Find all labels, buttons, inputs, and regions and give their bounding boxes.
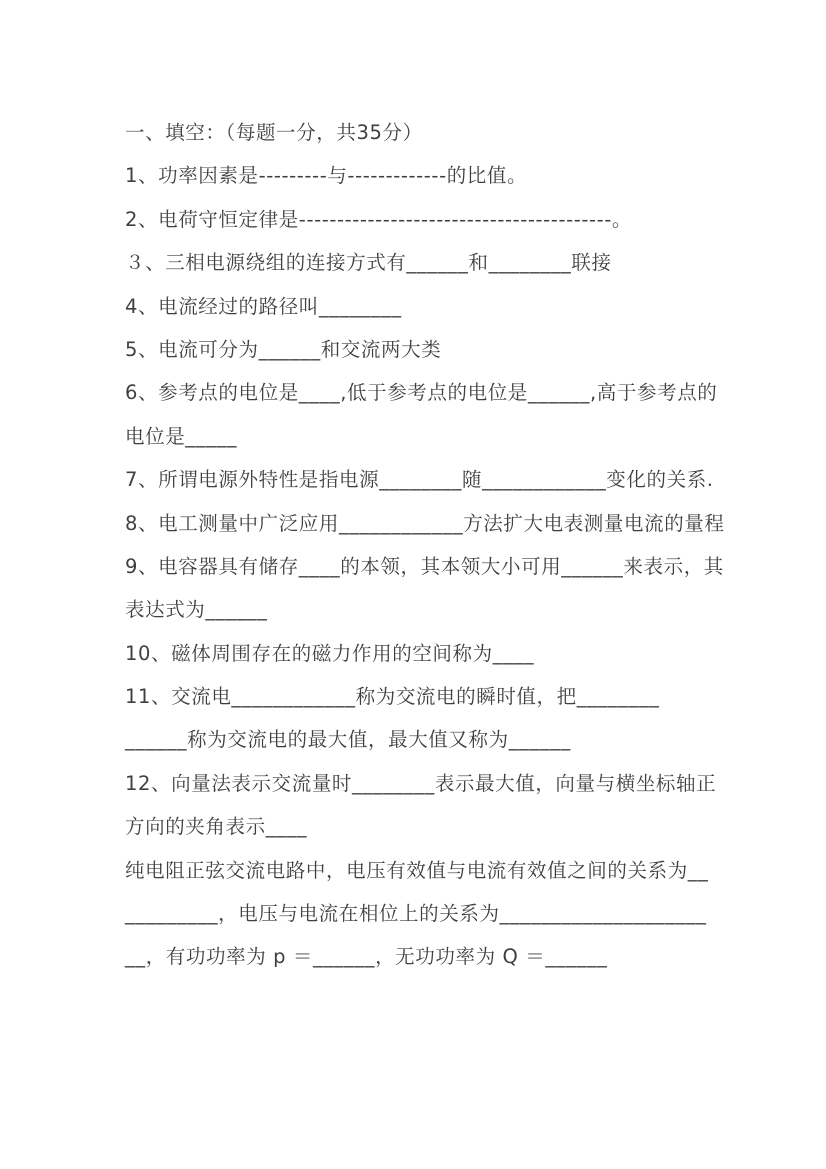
question-10: 10、磁体周围存在的磁力作用的空间称为____ [125, 632, 765, 675]
question-11: 11、交流电____________称为交流电的瞬时值，把________ [125, 675, 765, 718]
question-9: 9、电容器具有储存____的本领，其本领大小可用______来表示，其 [125, 545, 765, 588]
question-13-continued-2: __，有功功率为 p ＝______，无功功率为 Q ＝______ [125, 935, 765, 978]
question-12: 12、向量法表示交流量时________表示最大值，向量与横坐标轴正 [125, 762, 765, 805]
question-5: 5、电流可分为______和交流两大类 [125, 328, 765, 371]
question-2: 2、电荷守恒定律是-------------------------------… [125, 198, 765, 241]
question-11-continued: ______称为交流电的最大值，最大值又称为______ [125, 718, 765, 761]
document-page: 一、填空：（每题一分，共35分） 1、功率因素是---------与------… [0, 0, 826, 1169]
question-8: 8、电工测量中广泛应用____________方法扩大电表测量电流的量程 [125, 502, 765, 545]
question-6-continued: 电位是_____ [125, 415, 765, 458]
question-3: ３、三相电源绕组的连接方式有______和________联接 [125, 241, 765, 284]
section-heading: 一、填空：（每题一分，共35分） [125, 111, 765, 154]
document-text-block: 一、填空：（每题一分，共35分） 1、功率因素是---------与------… [125, 111, 765, 979]
question-7: 7、所谓电源外特性是指电源________随____________变化的关系. [125, 458, 765, 501]
question-13-continued: _________，电压与电流在相位上的关系为_________________… [125, 892, 765, 935]
question-13: 纯电阻正弦交流电路中，电压有效值与电流有效值之间的关系为__ [125, 849, 765, 892]
question-6: 6、参考点的电位是____,低于参考点的电位是______,高于参考点的 [125, 371, 765, 414]
question-12-continued: 方向的夹角表示____ [125, 805, 765, 848]
question-1: 1、功率因素是---------与-------------的比值。 [125, 154, 765, 197]
question-4: 4、电流经过的路径叫________ [125, 285, 765, 328]
question-9-continued: 表达式为______ [125, 588, 765, 631]
